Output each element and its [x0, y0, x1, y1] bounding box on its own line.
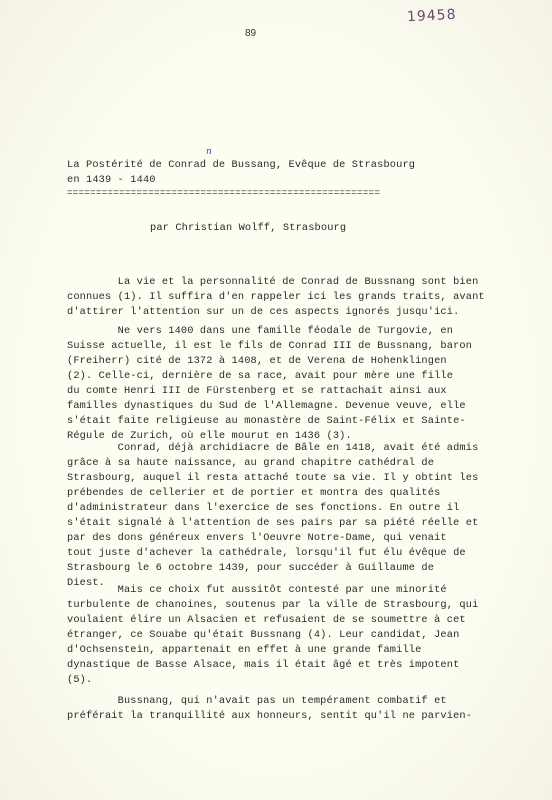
text-line: (2). Celle-ci, dernière de sa race, avai… [67, 370, 472, 385]
text-line: Strasbourg, auquel il resta attaché tout… [67, 472, 478, 487]
paragraph-3: Conrad, déjà archidiacre de Bâle en 1418… [67, 442, 478, 592]
title-line-1: La Postérité de Conrad de Bussang, Evêqu… [67, 158, 415, 173]
page-number: 89 [245, 28, 256, 39]
document-page: 19458 89 n La Postérité de Conrad de Bus… [0, 0, 552, 800]
paragraph-1: La vie et la personnalité de Conrad de B… [67, 276, 485, 321]
text-line: Conrad, déjà archidiacre de Bâle en 1418… [67, 442, 478, 457]
title-underline-rule: ========================================… [67, 186, 380, 201]
text-line: (5). [67, 674, 478, 689]
text-line: dynastique de Basse Alsace, mais il étai… [67, 659, 478, 674]
handwritten-catalog-number: 19458 [407, 7, 457, 26]
text-line: (Freiherr) cité de 1372 à 1408, et de Ve… [67, 355, 472, 370]
text-line: voulaient élire un Alsacien et refusaien… [67, 614, 478, 629]
text-line: d'attirer l'attention sur un de ces aspe… [67, 306, 485, 321]
author-byline: par Christian Wolff, Strasbourg [150, 221, 346, 236]
text-line: Suisse actuelle, il est le fils de Conra… [67, 340, 472, 355]
text-line: connues (1). Il suffira d'en rappeler ic… [67, 291, 485, 306]
text-line: Strasbourg le 6 octobre 1439, pour succé… [67, 562, 478, 577]
handwritten-correction: n [206, 147, 212, 157]
text-line: tout juste d'achever la cathédrale, lors… [67, 547, 478, 562]
text-line: prébendes de cellerier et de portier et … [67, 487, 478, 502]
text-line: d'administrateur dans l'exercice de ses … [67, 502, 478, 517]
text-line: Mais ce choix fut aussitôt contesté par … [67, 584, 478, 599]
text-line: familles dynastiques du Sud de l'Allemag… [67, 400, 472, 415]
text-line: turbulente de chanoines, soutenus par la… [67, 599, 478, 614]
paragraph-5: Bussnang, qui n'avait pas un tempérament… [67, 695, 472, 725]
paragraph-2: Ne vers 1400 dans une famille féodale de… [67, 325, 472, 445]
text-line: étranger, ce Souabe qu'était Bussnang (4… [67, 629, 478, 644]
text-line: préférait la tranquillité aux honneurs, … [67, 710, 472, 725]
text-line: par des dons généreux envers l'Oeuvre No… [67, 532, 478, 547]
text-line: Ne vers 1400 dans une famille féodale de… [67, 325, 472, 340]
text-line: d'Ochsenstein, appartenait en effet à un… [67, 644, 478, 659]
text-line: Bussnang, qui n'avait pas un tempérament… [67, 695, 472, 710]
text-line: grâce à sa haute naissance, au grand cha… [67, 457, 478, 472]
paragraph-4: Mais ce choix fut aussitôt contesté par … [67, 584, 478, 689]
text-line: du comte Henri III de Fürstenberg et se … [67, 385, 472, 400]
text-line: s'était faite religieuse au monastère de… [67, 415, 472, 430]
text-line: La vie et la personnalité de Conrad de B… [67, 276, 485, 291]
text-line: s'était signalé à l'attention de ses pai… [67, 517, 478, 532]
